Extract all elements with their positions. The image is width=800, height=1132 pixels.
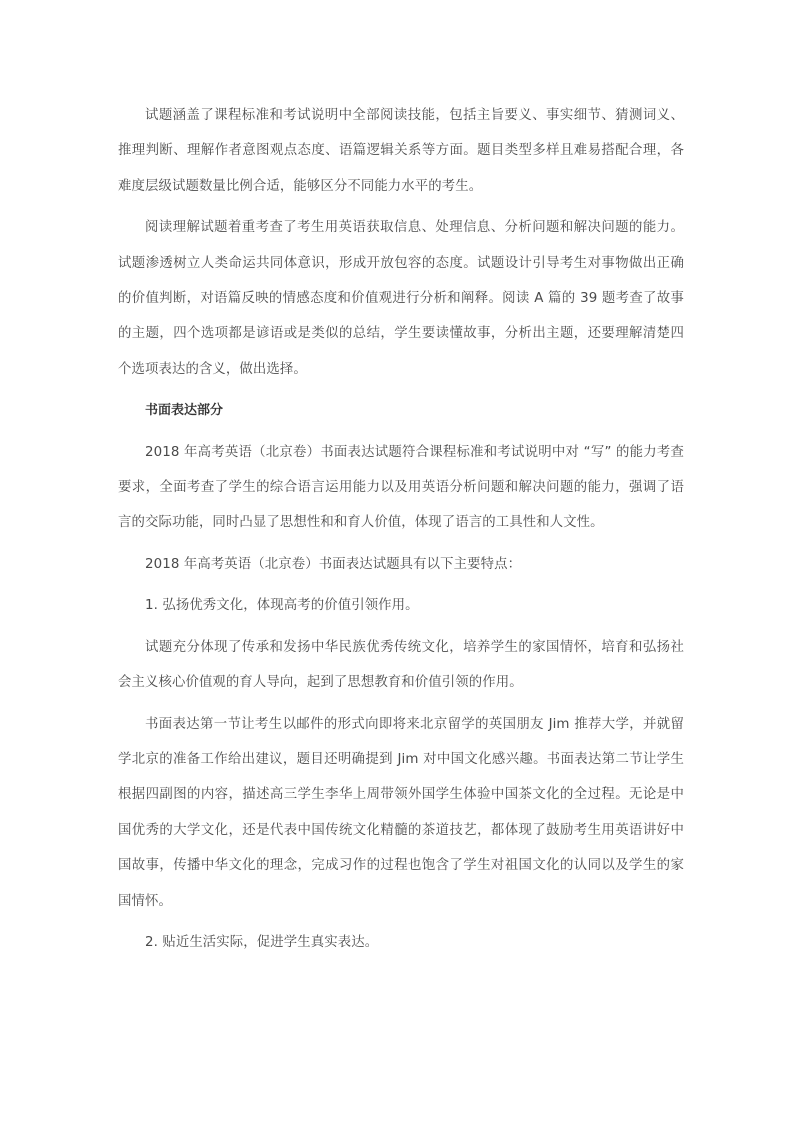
paragraph-culture-inheritance: 试题充分体现了传承和发扬中华民族优秀传统文化，培养学生的家国情怀，培育和弘扬社会… bbox=[118, 630, 684, 701]
list-item-point-1: 1. 弘扬优秀文化，体现高考的价值引领作用。 bbox=[118, 588, 684, 623]
section-heading-writing: 书面表达部分 bbox=[118, 393, 684, 428]
list-item-point-2: 2. 贴近生活实际，促进学生真实表达。 bbox=[118, 925, 684, 960]
paragraph-reading-skills: 试题涵盖了课程标准和考试说明中全部阅读技能，包括主旨要义、事实细节、猜测词义、推… bbox=[118, 98, 684, 204]
paragraph-writing-tasks: 书面表达第一节让考生以邮件的形式向即将来北京留学的英国朋友 Jim 推荐大学，并… bbox=[118, 707, 684, 919]
paragraph-writing-overview: 2018 年高考英语（北京卷）书面表达试题符合课程标准和考试说明中对 “写” 的… bbox=[118, 435, 684, 541]
document-page: 试题涵盖了课程标准和考试说明中全部阅读技能，包括主旨要义、事实细节、猜测词义、推… bbox=[118, 98, 684, 966]
paragraph-reading-comprehension: 阅读理解试题着重考查了考生用英语获取信息、处理信息、分析问题和解决问题的能力。试… bbox=[118, 210, 684, 387]
paragraph-writing-features-intro: 2018 年高考英语（北京卷）书面表达试题具有以下主要特点： bbox=[118, 547, 684, 582]
